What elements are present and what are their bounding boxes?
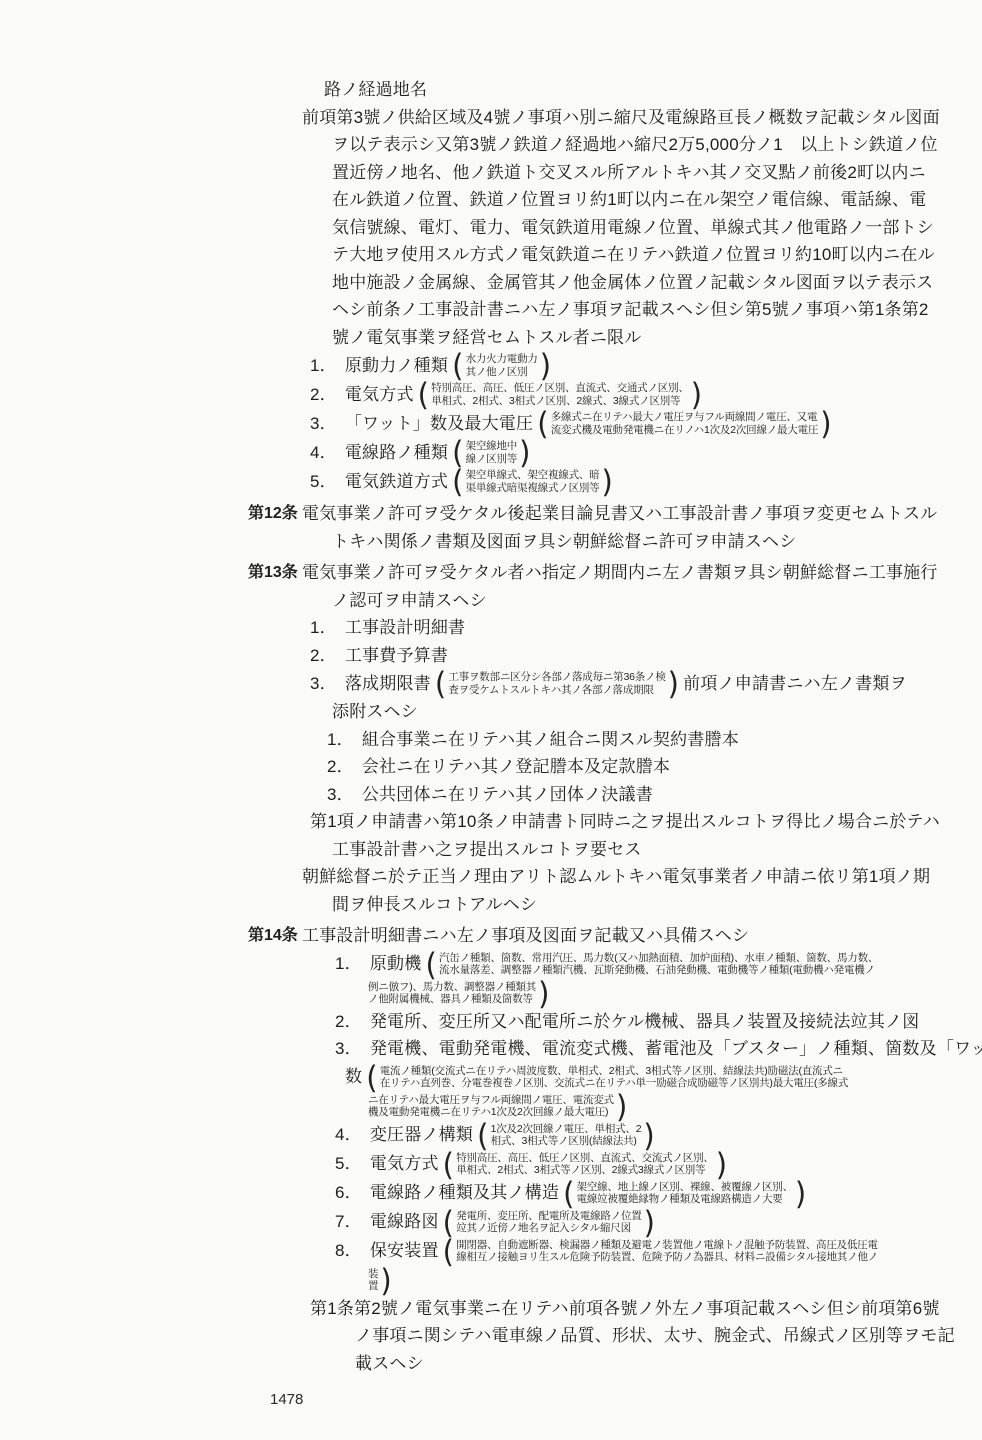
paren-stack: ニ在リテハ最大電圧ヲ与フル両線間ノ電圧、電流変式 機及電動発電機ニ在リテハ1次及… <box>368 1094 614 1119</box>
article-13: 第13条 電気事業ノ許可ヲ受ケタル者ハ指定ノ期間内ニ左ノ書類ヲ具シ朝鮮総督ニ工事… <box>0 559 982 918</box>
paren-line: 例ニ倣フ)、馬力数、調整器ノ種類其 <box>368 981 536 993</box>
list-item: 3． 公共団体ニ在リテハ其ノ団体ノ決議書 <box>327 781 982 809</box>
item-label: 原動機 <box>370 950 422 978</box>
paren-open: ( <box>477 1119 489 1150</box>
paren-note: ( 架空単線式、架空複線式、暗 渠単線式暗渠複線式ノ区別等 ) <box>450 467 615 496</box>
text-line: 電気事業ノ許可ヲ受ケタル後起業目論見書又ハ工事設計書ノ事項ヲ変更セムトスル <box>302 500 982 528</box>
paren-close: ) <box>795 1177 807 1208</box>
paren-line: 電流ノ種類(交流式ニ在リテハ周波度数、単相式、2相式、3相式等ノ区別、結線法共)… <box>380 1065 848 1077</box>
page-content: 路ノ経過地名 前項第3號ノ供給区域及4號ノ事項ハ別ニ縮尺及電線路亘長ノ概数ヲ記載… <box>0 0 982 1408</box>
text-line: 電気事業ノ許可ヲ受ケタル者ハ指定ノ期間内ニ左ノ書類ヲ具シ朝鮮総督ニ工事施行 <box>302 559 982 587</box>
paren-line: 1次及2次回線ノ電圧、単相式、2 <box>491 1123 642 1135</box>
paren-close: ) <box>519 437 531 468</box>
paren-line: 多線式ニ在リテハ最大ノ電圧ヲ与フル両線間ノ電圧、又電 <box>551 411 819 423</box>
text-line: 路ノ経過地名 <box>324 76 982 104</box>
list-item: 4． 電線路ノ種類 ( 架空線地中 線ノ区別等 ) <box>310 438 982 467</box>
list-item: 1． 工事設計明細書 <box>310 614 982 642</box>
article-label: 第13条 <box>248 559 298 582</box>
paren-line: ノ他附属機械、器具ノ種類及箇数等 <box>368 993 536 1005</box>
paren-stack: 特別高圧、高圧、低圧ノ区別、直流式、交流式ノ区別、 単相式、2相式、3相式等ノ区… <box>456 1152 714 1177</box>
list-item: 5． 電気方式 ( 特別高圧、高圧、低圧ノ区別、直流式、交流式ノ区別、 単相式、… <box>335 1150 982 1179</box>
paren-open: ( <box>563 1177 575 1208</box>
text-line: トキハ関係ノ書類及図面ヲ具シ朝鮮総督ニ許可ヲ申請スヘシ <box>332 528 982 556</box>
article-label: 第12条 <box>248 500 298 523</box>
item-label: 電線路図 <box>370 1208 439 1236</box>
item-number: 5． <box>310 468 337 496</box>
list-item: 2． 電気方式 ( 特別高圧、高圧、低圧ノ区別、直流式、交通式ノ区別、 単相式、… <box>310 380 982 409</box>
paren-stack: 架空線、地上線ノ区別、裸線、被覆線ノ区別、 電線竝被覆絶縁物ノ種類及電線路構造ノ… <box>577 1181 793 1206</box>
paren-note: ( 架空線、地上線ノ区別、裸線、被覆線ノ区別、 電線竝被覆絶縁物ノ種類及電線路構… <box>561 1179 808 1208</box>
paren-note: ( 電流ノ種類(交流式ニ在リテハ周波度数、単相式、2相式、3相式等ノ区別、結線法… <box>364 1063 848 1092</box>
item-label: 原動力ノ種類 <box>345 352 448 380</box>
list-item: 3． 発電機、電動発電機、電流変式機、蓄電池及「ブスター」ノ種類、箇数及「ワット… <box>335 1035 982 1063</box>
paren-note-continued: ニ在リテハ最大電圧ヲ与フル両線間ノ電圧、電流変式 機及電動発電機ニ在リテハ1次及… <box>368 1092 982 1121</box>
item-label: 電気方式 <box>345 381 414 409</box>
item-number: 2． <box>327 753 354 781</box>
list-item: 5． 電気鉄道方式 ( 架空単線式、架空複線式、暗 渠単線式暗渠複線式ノ区別等 … <box>310 467 982 496</box>
paren-note-continued: 例ニ倣フ)、馬力数、調整器ノ種類其 ノ他附属機械、器具ノ種類及箇数等 ) <box>368 979 982 1008</box>
paren-open: ( <box>425 948 437 979</box>
item-number: 1． <box>335 950 362 978</box>
paren-close: ) <box>691 379 703 410</box>
list-item: 1． 組合事業ニ在リテハ其ノ組合ニ関スル契約書謄本 <box>327 726 982 754</box>
paren-stack: 特別高圧、高圧、低圧ノ区別、直流式、交通式ノ区別、 単相式、2相式、3相式ノ区別… <box>431 382 689 407</box>
list-item: 7． 電線路図 ( 発電所、変圧所、配電所及電線路ノ位置 竝其ノ近傍ノ地名ヲ記入… <box>335 1208 982 1237</box>
paren-stack: 発電所、変圧所、配電所及電線路ノ位置 竝其ノ近傍ノ地名ヲ記入シタル縮尺図 <box>456 1210 641 1235</box>
paren-line: 発電所、変圧所、配電所及電線路ノ位置 <box>456 1210 641 1222</box>
paren-note-continued: 装 置 ) <box>368 1266 982 1295</box>
paren-line: 流変式機及電動発電機ニ在リノハ1次及2次回線ノ最大電圧 <box>551 424 819 436</box>
paren-close: ) <box>644 1206 656 1237</box>
paren-line: 架空線、地上線ノ区別、裸線、被覆線ノ区別、 <box>577 1181 793 1193</box>
list-item: 1． 原動力ノ種類 ( 水力火力電動力 其ノ他ノ区別 ) <box>310 351 982 380</box>
paren-open: ( <box>366 1061 378 1092</box>
list-item: 2． 工事費予算書 <box>310 642 982 670</box>
paren-close: ) <box>540 350 552 381</box>
text-line: テ大地ヲ使用スル方式ノ電気鉄道ニ在リテハ鉄道ノ位置ヨリ約10町以内ニ在ル <box>332 241 982 269</box>
item-label: 数 <box>345 1063 362 1091</box>
paren-line: 渠単線式暗渠複線式ノ区別等 <box>466 482 600 494</box>
item-number: 3． <box>327 781 354 809</box>
paren-stack: 1次及2次回線ノ電圧、単相式、2 相式、3相式等ノ区別(結線法共) <box>491 1123 642 1148</box>
item-number: 3． <box>310 410 337 438</box>
paren-open: ( <box>435 668 447 699</box>
text-line: 添附スヘシ <box>332 698 982 726</box>
list-item: 6． 電線路ノ種類及其ノ構造 ( 架空線、地上線ノ区別、裸線、被覆線ノ区別、 電… <box>335 1179 982 1208</box>
paren-line: 単相式、2相式、3相式ノ区別、2線式、3線式ノ区別等 <box>431 395 689 407</box>
item-label: 電線路ノ種類 <box>345 439 448 467</box>
text-line: 第1項ノ申請書ハ第10条ノ申請書ト同時ニ之ヲ提出スルコトヲ得比ノ場合ニ於テハ <box>310 808 982 836</box>
paren-line: 置 <box>368 1280 378 1292</box>
paren-note: ( 多線式ニ在リテハ最大ノ電圧ヲ与フル両線間ノ電圧、又電 流変式機及電動発電機ニ… <box>535 409 834 438</box>
text-line: 第1条第2號ノ電気事業ニ在リテハ前項各號ノ外左ノ事項記載スヘシ但シ前項第6號 <box>310 1295 982 1323</box>
paren-note: ( 水力火力電動力 其ノ他ノ区別 ) <box>450 351 553 380</box>
item-text: 発電所、変圧所又ハ配電所ニ於ケル機械、器具ノ装置及接続法竝其ノ図 <box>370 1008 920 1036</box>
text-line: 置近傍ノ地名、他ノ鉄道ト交叉スル所アルトキハ其ノ交叉點ノ前後2町以内ニ <box>332 159 982 187</box>
item-text: 会社ニ在リテハ其ノ登記謄本及定款謄本 <box>362 753 670 781</box>
list-item: 3． 「ワット」数及最大電圧 ( 多線式ニ在リテハ最大ノ電圧ヲ与フル両線間ノ電圧… <box>310 409 982 438</box>
item-number: 1． <box>310 352 337 380</box>
paren-stack: 架空線地中 線ノ区別等 <box>466 440 518 465</box>
paren-note: ( 特別高圧、高圧、低圧ノ区別、直流式、交通式ノ区別、 単相式、2相式、3相式ノ… <box>416 380 705 409</box>
paren-note: ( 発電所、変圧所、配電所及電線路ノ位置 竝其ノ近傍ノ地名ヲ記入シタル縮尺図 ) <box>441 1208 657 1237</box>
article-14: 第14条 工事設計明細書ニハ左ノ事項及図面ヲ記載又ハ具備スヘシ 1． 原動機 (… <box>0 922 982 1377</box>
paren-close: ) <box>538 977 550 1008</box>
paren-line: 架空線地中 <box>466 440 518 452</box>
item-label: 電気鉄道方式 <box>345 468 448 496</box>
paren-stack: 工事ヲ数部ニ区分シ各部ノ落成毎ニ第36条ノ検 査ヲ受ケムトスルトキハ其ノ各部ノ落… <box>448 671 665 696</box>
paren-line: 電線竝被覆絶縁物ノ種類及電線路構造ノ大要 <box>577 1193 793 1205</box>
paren-line: 特別高圧、高圧、低圧ノ区別、直流式、交通式ノ区別、 <box>431 382 689 394</box>
item-number: 3． <box>310 670 337 698</box>
text-line: ノ認可ヲ申請スヘシ <box>332 587 982 615</box>
item-text: 工事設計明細書 <box>345 614 465 642</box>
paren-line: 在リテハ直列巻、分電巻複巻ノ区別、交流式ニ在リテハ単一励磁合成励磁等ノ区別共)最… <box>380 1077 848 1089</box>
paren-line: 装 <box>368 1268 378 1280</box>
paren-note: ( 特別高圧、高圧、低圧ノ区別、直流式、交流式ノ区別、 単相式、2相式、3相式等… <box>441 1150 730 1179</box>
paren-stack: 例ニ倣フ)、馬力数、調整器ノ種類其 ノ他附属機械、器具ノ種類及箇数等 <box>368 981 536 1006</box>
item-text: 組合事業ニ在リテハ其ノ組合ニ関スル契約書謄本 <box>362 726 739 754</box>
paren-open: ( <box>443 1235 455 1266</box>
paren-line: 架空単線式、架空複線式、暗 <box>466 469 600 481</box>
paren-line: 其ノ他ノ区別 <box>466 366 538 378</box>
item-label: 変圧器ノ構類 <box>370 1121 473 1149</box>
paren-close: ) <box>820 408 832 439</box>
text-line: 載スヘシ <box>355 1350 982 1378</box>
item-text: 前項ノ申請書ニハ左ノ書類ヲ <box>683 670 907 698</box>
paren-close: ) <box>601 466 613 497</box>
item-text: 公共団体ニ在リテハ其ノ団体ノ決議書 <box>362 781 653 809</box>
paren-line: 工事ヲ数部ニ区分シ各部ノ落成毎ニ第36条ノ検 <box>448 671 665 683</box>
item-label: 電線路ノ種類及其ノ構造 <box>370 1179 559 1207</box>
list-item: 1． 原動機 ( 汽缶ノ種類、箇数、常用汽圧、馬力数(又ハ加熱面積、加炉面積)、… <box>335 950 982 979</box>
list-item: 4． 変圧器ノ構類 ( 1次及2次回線ノ電圧、単相式、2 相式、3相式等ノ区別(… <box>335 1121 982 1150</box>
paren-note: ( 開閉器、自動遮断器、検漏器ノ種類及避電ノ装置他ノ電線トノ混触予防装置、高圧及… <box>441 1237 878 1266</box>
list-item-continued: 数 ( 電流ノ種類(交流式ニ在リテハ周波度数、単相式、2相式、3相式等ノ区別、結… <box>345 1063 982 1092</box>
list-item: 2． 発電所、変圧所又ハ配電所ニ於ケル機械、器具ノ装置及接続法竝其ノ図 <box>335 1008 982 1036</box>
text-line: 間ヲ伸長スルコトアルヘシ <box>332 891 982 919</box>
document-page: 路ノ経過地名 前項第3號ノ供給区域及4號ノ事項ハ別ニ縮尺及電線路亘長ノ概数ヲ記載… <box>0 0 982 1440</box>
item-number: 1． <box>310 614 337 642</box>
item-number: 8． <box>335 1237 362 1265</box>
item-number: 6． <box>335 1179 362 1207</box>
text-line: 號ノ電気事業ヲ経営セムトスル者ニ限ル <box>332 324 982 352</box>
paren-note: ( 汽缶ノ種類、箇数、常用汽圧、馬力数(又ハ加熱面積、加炉面積)、水車ノ種類、箇… <box>423 950 878 979</box>
paren-close: ) <box>643 1119 655 1150</box>
paren-line: 開閉器、自動遮断器、検漏器ノ種類及避電ノ装置他ノ電線トノ混触予防装置、高圧及低圧… <box>456 1239 878 1251</box>
item-number: 7． <box>335 1208 362 1236</box>
item-text: 工事費予算書 <box>345 642 448 670</box>
item-label: 電気方式 <box>370 1150 439 1178</box>
paren-close: ) <box>668 668 680 699</box>
paren-line: 特別高圧、高圧、低圧ノ区別、直流式、交流式ノ区別、 <box>456 1152 714 1164</box>
item-number: 2． <box>310 642 337 670</box>
item-number: 3． <box>335 1035 362 1063</box>
item-number: 2． <box>335 1008 362 1036</box>
text-line: 工事設計明細書ニハ左ノ事項及図面ヲ記載又ハ具備スヘシ <box>302 922 982 950</box>
paren-open: ( <box>452 466 464 497</box>
item-label: 落成期限書 <box>345 670 431 698</box>
article-label: 第14条 <box>248 922 298 945</box>
paren-close: ) <box>616 1090 628 1121</box>
paren-line: 流水量落差、調整器ノ種類汽機、瓦斯発動機、石油発動機、電動機等ノ種類(電動機ハ発… <box>439 964 878 976</box>
paren-close: ) <box>716 1148 728 1179</box>
list-item: 8． 保安装置 ( 開閉器、自動遮断器、検漏器ノ種類及避電ノ装置他ノ電線トノ混触… <box>335 1237 982 1266</box>
text-line: 地中施設ノ金属線、金属管其ノ他金属体ノ位置ノ記載シタル図面ヲ以テ表示ス <box>332 269 982 297</box>
text-line: 在ル鉄道ノ位置、鉄道ノ位置ヨリ約1町以内ニ在ル架空ノ電信線、電話線、電 <box>332 186 982 214</box>
paren-line: 竝其ノ近傍ノ地名ヲ記入シタル縮尺図 <box>456 1222 641 1234</box>
paren-stack: 装 置 <box>368 1268 378 1293</box>
paren-open: ( <box>452 350 464 381</box>
paren-line: 汽缶ノ種類、箇数、常用汽圧、馬力数(又ハ加熱面積、加炉面積)、水車ノ種類、箇数、… <box>439 952 878 964</box>
paren-line: 水力火力電動力 <box>466 353 538 365</box>
paren-open: ( <box>418 379 430 410</box>
paren-stack: 電流ノ種類(交流式ニ在リテハ周波度数、単相式、2相式、3相式等ノ区別、結線法共)… <box>380 1065 848 1090</box>
item-label: 「ワット」数及最大電圧 <box>345 410 533 438</box>
paren-line: 査ヲ受ケムトスルトキハ其ノ各部ノ落成期限 <box>448 684 665 696</box>
article-12: 第12条 電気事業ノ許可ヲ受ケタル後起業目論見書又ハ工事設計書ノ事項ヲ変更セムト… <box>0 500 982 555</box>
paren-open: ( <box>537 408 549 439</box>
paren-line: 線ノ区別等 <box>466 453 518 465</box>
text-line: 朝鮮総督ニ於テ正当ノ理由アリト認ムルトキハ電気事業者ノ申請ニ依リ第1項ノ期 <box>302 863 982 891</box>
text-line: 気信號線、電灯、電力、電気鉄道用電線ノ位置、単線式其ノ他電路ノ一部トシ <box>332 214 982 242</box>
paren-note: ( 1次及2次回線ノ電圧、単相式、2 相式、3相式等ノ区別(結線法共) ) <box>475 1121 657 1150</box>
paren-stack: 架空単線式、架空複線式、暗 渠単線式暗渠複線式ノ区別等 <box>466 469 600 494</box>
paren-line: 相式、3相式等ノ区別(結線法共) <box>491 1135 642 1147</box>
list-item: 2． 会社ニ在リテハ其ノ登記謄本及定款謄本 <box>327 753 982 781</box>
text-line: ヘシ前条ノ工事設計書ニハ左ノ事項ヲ記載スヘシ但シ第5號ノ事項ハ第1条第2 <box>332 296 982 324</box>
item-number: 2． <box>310 381 337 409</box>
item-number: 1． <box>327 726 354 754</box>
page-number: 1478 <box>270 1391 982 1408</box>
text-line: ヲ以テ表示シ又第3號ノ鉄道ノ経過地ハ縮尺2万5,000分ノ1 以上トシ鉄道ノ位 <box>332 131 982 159</box>
item-number: 4． <box>310 439 337 467</box>
paren-close: ) <box>380 1264 392 1295</box>
paren-note: ( 工事ヲ数部ニ区分シ各部ノ落成毎ニ第36条ノ検 査ヲ受ケムトスルトキハ其ノ各部… <box>433 669 681 698</box>
paren-open: ( <box>443 1148 455 1179</box>
text-line: ノ事項ニ関シテハ電車線ノ品質、形状、太サ、腕金式、吊線式ノ区別等ヲモ記 <box>355 1322 982 1350</box>
paren-stack: 水力火力電動力 其ノ他ノ区別 <box>466 353 538 378</box>
paren-line: 機及電動発電機ニ在リテハ1次及2次回線ノ最大電圧) <box>368 1106 614 1118</box>
item-number: 4． <box>335 1121 362 1149</box>
paren-line: ニ在リテハ最大電圧ヲ与フル両線間ノ電圧、電流変式 <box>368 1094 614 1106</box>
paren-stack: 汽缶ノ種類、箇数、常用汽圧、馬力数(又ハ加熱面積、加炉面積)、水車ノ種類、箇数、… <box>439 952 878 977</box>
text-line: 工事設計書ハ之ヲ提出スルコトヲ要セス <box>332 836 982 864</box>
text-line: 前項第3號ノ供給区域及4號ノ事項ハ別ニ縮尺及電線路亘長ノ概数ヲ記載シタル図面 <box>302 104 982 132</box>
paren-line: 単相式、2相式、3相式等ノ区別、2線式3線式ノ区別等 <box>456 1164 714 1176</box>
item-text: 発電機、電動発電機、電流変式機、蓄電池及「ブスター」ノ種類、箇数及「ワット」 <box>370 1035 982 1063</box>
list-item: 3． 落成期限書 ( 工事ヲ数部ニ区分シ各部ノ落成毎ニ第36条ノ検 査ヲ受ケムト… <box>310 669 982 698</box>
paren-stack: 開閉器、自動遮断器、検漏器ノ種類及避電ノ装置他ノ電線トノ混触予防装置、高圧及低圧… <box>456 1239 878 1264</box>
item-number: 5． <box>335 1150 362 1178</box>
paren-stack: 多線式ニ在リテハ最大ノ電圧ヲ与フル両線間ノ電圧、又電 流変式機及電動発電機ニ在リ… <box>551 411 819 436</box>
paren-line: 線相互ノ接触ヨリ生スル危険予防装置、危険予防ノ為器具、材料ニ設備シタル接地其ノ他… <box>456 1251 878 1263</box>
